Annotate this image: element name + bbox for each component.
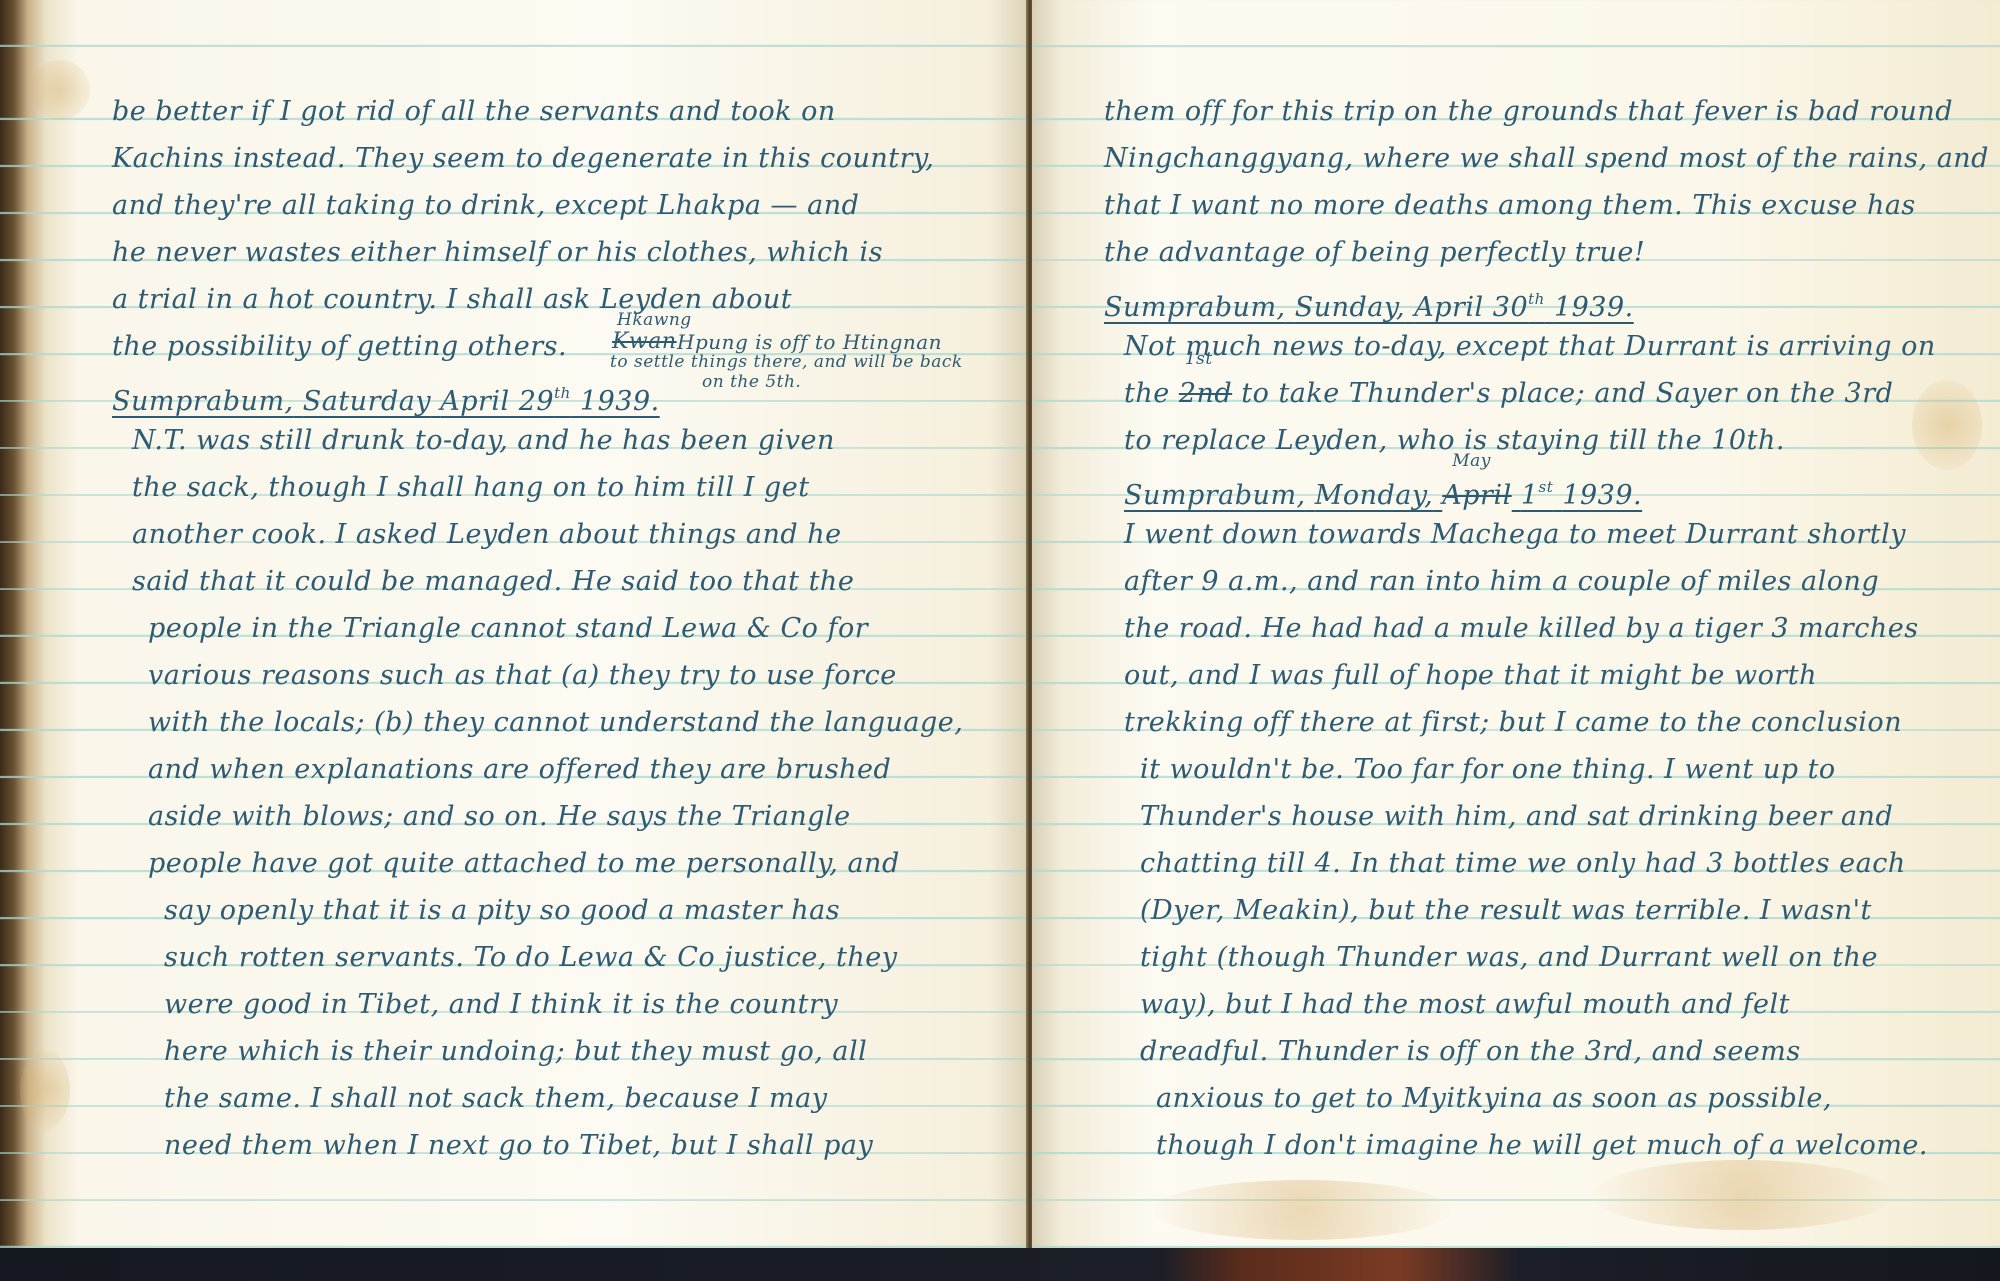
heading-place: Sumprabum, [1124, 480, 1306, 511]
text-line: with the locals; (b) they cannot underst… [112, 699, 1012, 746]
insert-text: to settle things there, and will be back [610, 353, 963, 371]
struck-word: Kwan [612, 333, 677, 351]
right-page: them off for this trip on the grounds th… [1032, 0, 2000, 1248]
struck-word: April [1442, 480, 1511, 511]
insert-above: Hkawng [617, 311, 692, 329]
text-segment: the possibility of getting others. [112, 331, 567, 362]
text-line: (Dyer, Meakin), but the result was terri… [1104, 887, 1984, 934]
heading-year: 1939. [580, 386, 660, 417]
open-notebook: be better if I got rid of all the servan… [0, 0, 2000, 1248]
text-line: chatting till 4. In that time we only ha… [1104, 840, 1984, 887]
paper-stain [1592, 1160, 1892, 1230]
text-line: say openly that it is a pity so good a m… [112, 887, 1012, 934]
text-line: here which is their undoing; but they mu… [112, 1028, 1012, 1075]
text-line: people in the Triangle cannot stand Lewa… [112, 605, 1012, 652]
text-line: be better if I got rid of all the servan… [112, 88, 1012, 135]
insert-text: Hpung is off to Htingnan [677, 333, 942, 351]
text-line: out, and I was full of hope that it migh… [1104, 652, 1984, 699]
heading-place: Sumprabum, [1104, 292, 1286, 323]
entry-heading-may-1: Sumprabum, Monday, May April 1st 1939. [1104, 464, 1984, 511]
text-line: it wouldn't be. Too far for one thing. I… [1104, 746, 1984, 793]
text-line: the same. I shall not sack them, because… [112, 1075, 1012, 1122]
left-page: be better if I got rid of all the servan… [0, 0, 1030, 1248]
entry-heading-april-29: Sumprabum, Saturday April 29th 1939. [112, 370, 1012, 417]
text-line: Ningchanggyang, where we shall spend mos… [1104, 135, 1984, 182]
paper-stain [1152, 1180, 1452, 1240]
background-below-book [0, 1248, 2000, 1281]
text-line: another cook. I asked Leyden about thing… [112, 511, 1012, 558]
text-line: that I want no more deaths among them. T… [1104, 182, 1984, 229]
heading-date: April 29 [440, 386, 554, 417]
text-line: to replace Leyden, who is staying till t… [1104, 417, 1984, 464]
text-line: dreadful. Thunder is off on the 3rd, and… [1104, 1028, 1984, 1075]
text-segment: to take Thunder's place; and Sayer on th… [1241, 378, 1893, 409]
text-line: Not much news to-day, except that Durran… [1104, 323, 1984, 370]
text-line: though I don't imagine he will get much … [1104, 1122, 1984, 1169]
text-line: and when explanations are offered they a… [112, 746, 1012, 793]
text-line: N.T. was still drunk to-day, and he has … [112, 417, 1012, 464]
struck-word: 2nd [1179, 378, 1232, 409]
entry-heading-april-30: Sumprabum, Sunday, April 30th 1939. [1104, 276, 1984, 323]
left-page-text: be better if I got rid of all the servan… [112, 88, 1012, 1169]
text-line: he never wastes either himself or his cl… [112, 229, 1012, 276]
heading-date-suffix: st [1539, 478, 1554, 496]
text-line: people have got quite attached to me per… [112, 840, 1012, 887]
right-page-text: them off for this trip on the grounds th… [1104, 88, 1984, 1169]
text-line: the road. He had had a mule killed by a … [1104, 605, 1984, 652]
text-segment: the [1124, 378, 1170, 409]
text-line: the advantage of being perfectly true! [1104, 229, 1984, 276]
text-line: and they're all taking to drink, except … [112, 182, 1012, 229]
text-line: aside with blows; and so on. He says the… [112, 793, 1012, 840]
heading-day: Monday, [1315, 480, 1433, 511]
paper-stain [20, 1050, 70, 1130]
text-line: various reasons such as that (a) they tr… [112, 652, 1012, 699]
insert-above: May [1452, 452, 1491, 470]
text-line-with-correction: the 1st 2nd to take Thunder's place; and… [1104, 370, 1984, 417]
text-line: a trial in a hot country. I shall ask Le… [112, 276, 1012, 323]
text-line: need them when I next go to Tibet, but I… [112, 1122, 1012, 1169]
paper-stain [30, 60, 90, 120]
text-line: trekking off there at first; but I came … [1104, 699, 1984, 746]
heading-date: 1 [1521, 480, 1539, 511]
heading-day: Saturday [303, 386, 431, 417]
heading-year: 1939. [1554, 292, 1634, 323]
text-line: I went down towards Machega to meet Durr… [1104, 511, 1984, 558]
heading-place: Sumprabum, [112, 386, 294, 417]
text-line: Thunder's house with him, and sat drinki… [1104, 793, 1984, 840]
text-line-with-insert: the possibility of getting others. Hkawn… [112, 323, 1012, 370]
text-line: such rotten servants. To do Lewa & Co ju… [112, 934, 1012, 981]
text-line: way), but I had the most awful mouth and… [1104, 981, 1984, 1028]
text-line: were good in Tibet, and I think it is th… [112, 981, 1012, 1028]
heading-date: April 30 [1414, 292, 1528, 323]
text-line: Kachins instead. They seem to degenerate… [112, 135, 1012, 182]
text-line: anxious to get to Myitkyina as soon as p… [1104, 1075, 1984, 1122]
text-line: the sack, though I shall hang on to him … [112, 464, 1012, 511]
text-line: them off for this trip on the grounds th… [1104, 88, 1984, 135]
text-line: said that it could be managed. He said t… [112, 558, 1012, 605]
heading-day: Sunday, [1295, 292, 1405, 323]
heading-date-suffix: th [554, 384, 571, 402]
heading-year: 1939. [1562, 480, 1642, 511]
insert-above: 1st [1185, 350, 1213, 368]
text-line: after 9 a.m., and ran into him a couple … [1104, 558, 1984, 605]
heading-date-suffix: th [1528, 290, 1545, 308]
text-line: tight (though Thunder was, and Durrant w… [1104, 934, 1984, 981]
